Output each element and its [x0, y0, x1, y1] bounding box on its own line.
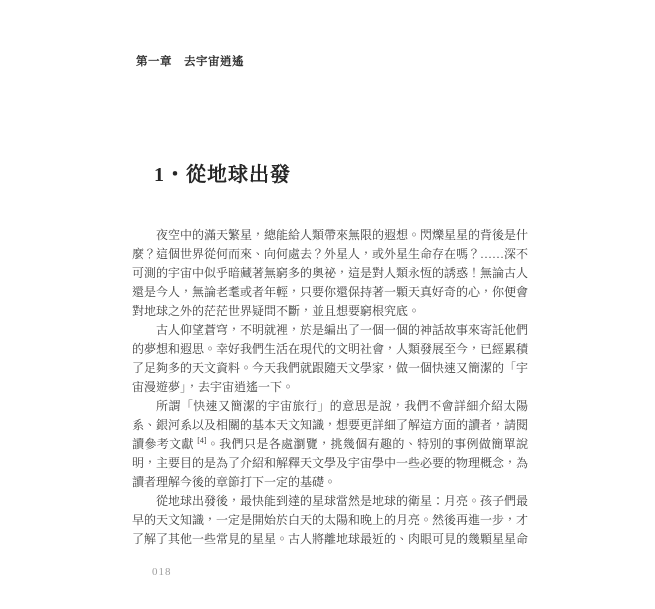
paragraph-3: 所謂「快速又簡潔的宇宙旅行」的意思是說，我們不會詳細介紹太陽系、銀河系以及相關的… [132, 397, 528, 492]
section-title: 1・從地球出發 [154, 158, 291, 187]
body-text: 夜空中的滿天繁星，總能給人類帶來無限的遐想。閃爍星星的背後是什麼？這個世界從何而… [132, 226, 528, 549]
paragraph-4: 從地球出發後，最快能到達的星球當然是地球的衛星：月亮。孩子們最早的天文知識，一定… [132, 492, 528, 549]
reference-marker: [4] [197, 436, 206, 445]
page-number: 018 [152, 566, 172, 578]
book-page: 第一章 去宇宙逍遙 1・從地球出發 夜空中的滿天繁星，總能給人類帶來無限的遐想。… [0, 0, 655, 609]
running-header: 第一章 去宇宙逍遙 [136, 53, 244, 69]
paragraph-1: 夜空中的滿天繁星，總能給人類帶來無限的遐想。閃爍星星的背後是什麼？這個世界從何而… [132, 226, 528, 321]
paragraph-2: 古人仰望蒼穹，不明就裡，於是編出了一個一個的神話故事來寄託他們的夢想和遐思。幸好… [132, 321, 528, 397]
